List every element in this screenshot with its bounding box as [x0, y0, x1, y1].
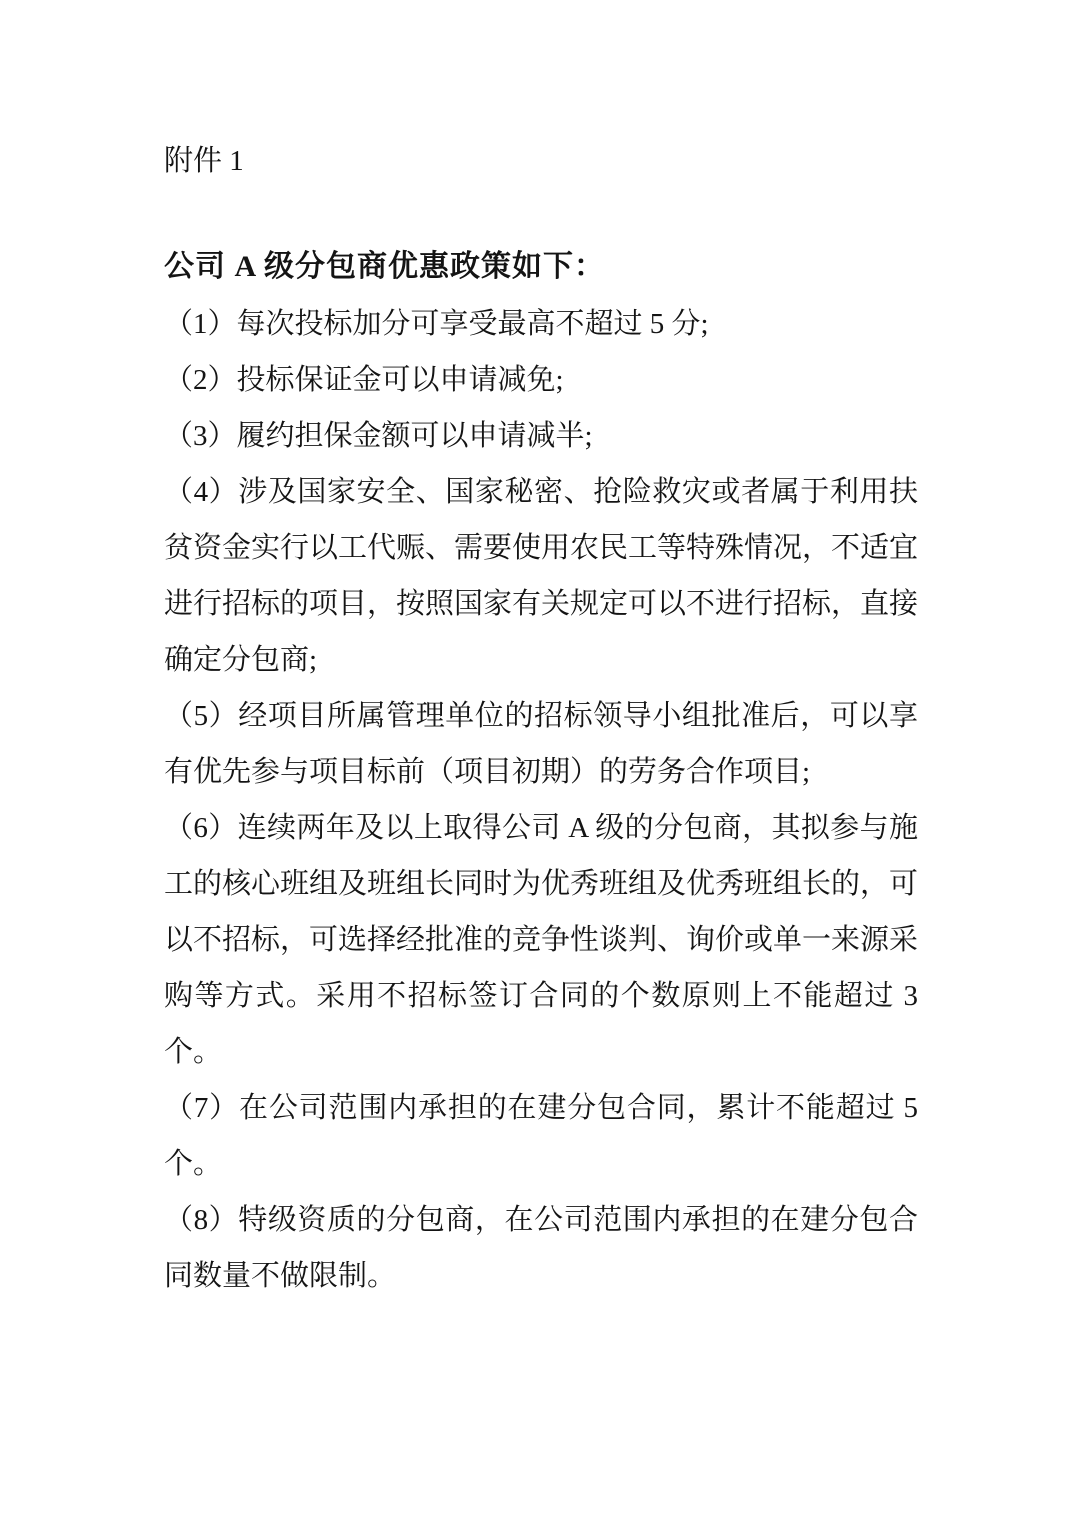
- policy-item-2: （2）投标保证金可以申请减免;: [164, 352, 918, 408]
- policy-item-5: （5）经项目所属管理单位的招标领导小组批准后，可以享有优先参与项目标前（项目初期…: [164, 688, 918, 800]
- policy-list: （1）每次投标加分可享受最高不超过 5 分; （2）投标保证金可以申请减免; （…: [164, 296, 918, 1304]
- attachment-label: 附件 1: [164, 140, 918, 182]
- policy-item-8: （8）特级资质的分包商，在公司范围内承担的在建分包合同数量不做限制。: [164, 1192, 918, 1304]
- document-page: 附件 1 公司 A 级分包商优惠政策如下： （1）每次投标加分可享受最高不超过 …: [0, 0, 1080, 1528]
- document-heading: 公司 A 级分包商优惠政策如下：: [164, 238, 918, 296]
- policy-item-3: （3）履约担保金额可以申请减半;: [164, 408, 918, 464]
- policy-item-1: （1）每次投标加分可享受最高不超过 5 分;: [164, 296, 918, 352]
- policy-item-6: （6）连续两年及以上取得公司 A 级的分包商，其拟参与施工的核心班组及班组长同时…: [164, 800, 918, 1080]
- policy-item-7: （7）在公司范围内承担的在建分包合同，累计不能超过 5 个。: [164, 1080, 918, 1192]
- policy-item-4: （4）涉及国家安全、国家秘密、抢险救灾或者属于利用扶贫资金实行以工代赈、需要使用…: [164, 464, 918, 688]
